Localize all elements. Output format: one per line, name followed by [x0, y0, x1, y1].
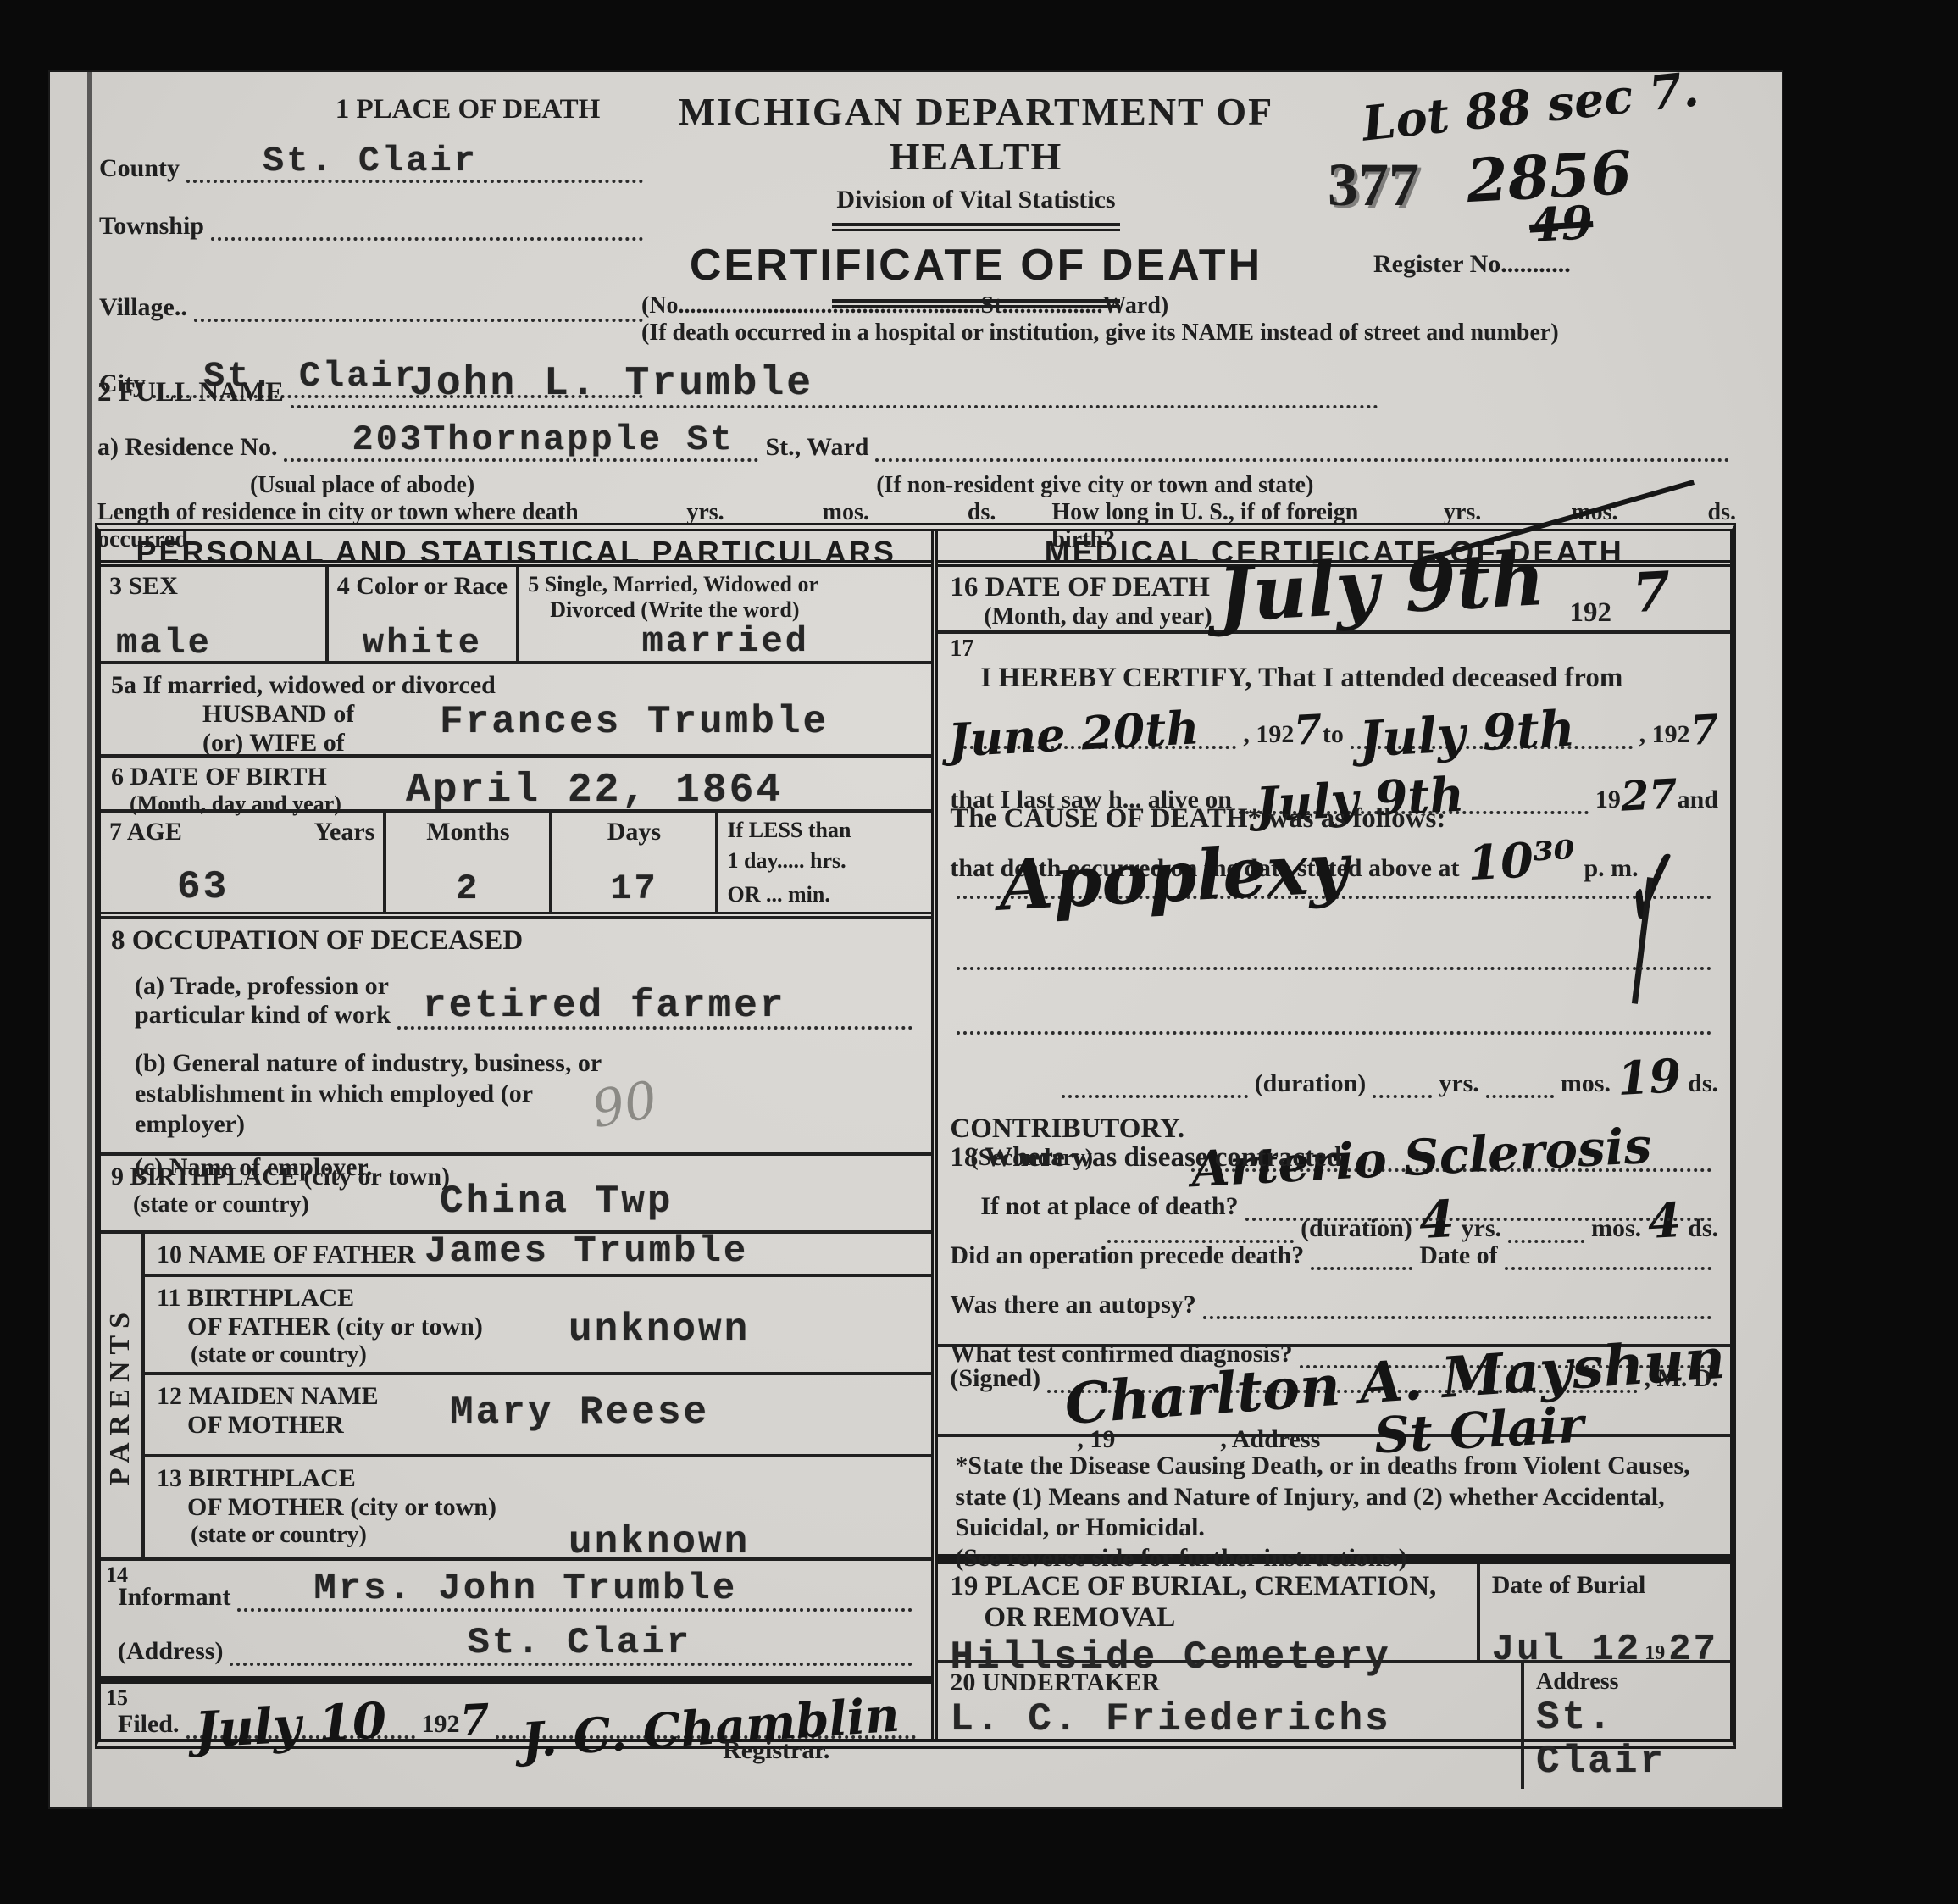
cause-line-2 [957, 953, 1711, 970]
filed-date-line: July 10 [186, 1722, 415, 1739]
informant-value: Mrs. John Trumble [313, 1568, 737, 1610]
from-year-printed: , 192 [1243, 720, 1294, 749]
filed-label: Filed. [118, 1710, 180, 1739]
burial-date-label: Date of Burial [1492, 1571, 1718, 1600]
undertaker-address-label: Address [1536, 1668, 1718, 1696]
burial-place-cell: 19 PLACE OF BURIAL, CREMATION, OR REMOVA… [938, 1564, 1479, 1660]
q18b2-label: Date of [1419, 1241, 1497, 1270]
mother-bp-sub2: (state or country) [191, 1522, 919, 1549]
dur1-mos: mos. [1561, 1069, 1611, 1098]
attended-from-handwriting: June 20th [947, 707, 1201, 761]
county-line: St. Clair [186, 166, 643, 183]
nonresident-note: (If non-resident give city or town and s… [876, 472, 1313, 498]
filed-year-printed: 192 [422, 1710, 460, 1739]
dur1-lead [1486, 1081, 1554, 1098]
residence-label: a) Residence No. [97, 433, 277, 462]
to-year-handwriting: 7 [1689, 712, 1719, 750]
left-column-title: PERSONAL AND STATISTICAL PARTICULARS [101, 531, 931, 567]
lot-note-handwriting: Lot 88 sec 7. [1360, 68, 1700, 146]
divider-rule [832, 223, 1120, 231]
q18b2-line [1505, 1253, 1711, 1270]
no-st-ward-label: (No.....................................… [641, 292, 1736, 319]
hospital-note: (If death occurred in a hospital or inst… [641, 319, 1736, 347]
village-line [194, 305, 643, 322]
burial-row: 19 PLACE OF BURIAL, CREMATION, OR REMOVA… [938, 1564, 1730, 1663]
sex-cell: 3 SEX male [101, 567, 325, 661]
residence-notes: (Usual place of abode) (If non-resident … [97, 472, 1736, 499]
age-days-value: 17 [561, 869, 707, 909]
attended-to-line: July 9th [1351, 732, 1633, 749]
race-value: white [337, 623, 508, 663]
duration1-label: (duration) [1255, 1069, 1367, 1098]
father-name-row: 10 NAME OF FATHER James Trumble [145, 1234, 931, 1274]
address-label: , Address [1220, 1425, 1320, 1453]
burial-label-2: OR REMOVAL [984, 1602, 1464, 1634]
father-bp-value: unknown [569, 1307, 750, 1352]
filed-year-handwriting: 7 [458, 1700, 490, 1740]
undertaker-value: L. C. Friederichs [950, 1697, 1509, 1741]
father-bp-sub1: OF FATHER (city or town) [187, 1313, 919, 1341]
certificate-title: CERTIFICATE OF DEATH [641, 240, 1311, 291]
less-line1: 1 day..... hrs. [727, 848, 923, 874]
burial-label-1: 19 PLACE OF BURIAL, CREMATION, [950, 1571, 1464, 1602]
certificate-paper: 1 PLACE OF DEATH County St. Clair Townsh… [48, 70, 1783, 1809]
father-label: 10 NAME OF FATHER [157, 1241, 415, 1268]
dod-value-handwriting: July 9th [1217, 545, 1547, 629]
signed-label: (Signed) [950, 1364, 1040, 1393]
st-ward-line [875, 445, 1729, 462]
mother-value: Mary Reese [450, 1391, 709, 1435]
township-line [211, 224, 643, 241]
register-no-label: Register No........... [1373, 250, 1734, 279]
parents-label: PARENTS [104, 1306, 136, 1485]
signature-block: (Signed) Charlton A. Mayshun , M. D. , 1… [938, 1344, 1730, 1437]
dur1-yrs: yrs. [1439, 1069, 1479, 1098]
sex-label: 3 SEX [109, 572, 317, 601]
date-of-birth-row: 6 DATE OF BIRTH (Month, day and year) Ap… [101, 758, 931, 813]
informant-label: Informant [118, 1583, 230, 1612]
occ-b-label: (b) General nature of industry, business… [135, 1048, 609, 1140]
parents-strip: PARENTS [101, 1234, 145, 1557]
informant-line: Mrs. John Trumble [237, 1595, 912, 1612]
mother-bp-sub1: OF MOTHER (city or town) [187, 1493, 919, 1522]
age-days-cell: Days 17 [549, 813, 715, 912]
q18-label: 18 Where was disease contracted [950, 1142, 1718, 1174]
place-of-death-block: 1 PLACE OF DEATH County St. Clair Townsh… [99, 94, 650, 398]
q18c-line [1203, 1302, 1711, 1319]
cause-line-1: Apoplexy [957, 882, 1711, 899]
crossed-out-number: 49 [1528, 202, 1595, 246]
q18a-line [1245, 1204, 1711, 1221]
county-row: County St. Clair [99, 154, 650, 183]
full-name-line: John L. Trumble [291, 391, 1378, 408]
signature-line: Charlton A. Mayshun [1047, 1376, 1637, 1393]
burial-date-cell: Date of Burial Jul 12 19 27 [1480, 1564, 1730, 1660]
informant-address-label: (Address) [118, 1637, 223, 1666]
physician-address-handwriting: St Clair [1373, 1403, 1585, 1458]
registrar-label: Registrar. [723, 1736, 829, 1765]
undertaker-cell: 20 UNDERTAKER L. C. Friederichs [938, 1663, 1524, 1789]
personal-particulars-column: PERSONAL AND STATISTICAL PARTICULARS 3 S… [101, 531, 938, 1739]
attended-from-line: June 20th [957, 732, 1236, 749]
occupation-row: 8 OCCUPATION OF DECEASED (a) Trade, prof… [101, 919, 931, 1156]
disease-contracted-block: 18 Where was disease contracted If not a… [938, 1142, 1730, 1344]
years-label: Years [314, 818, 375, 847]
filed-date-handwriting: July 10 [193, 1698, 387, 1752]
contributory-label: CONTRIBUTORY. [950, 1113, 1184, 1145]
spouse-row-label: 5a If married, widowed or divorced [111, 671, 931, 700]
father-value: James Trumble [424, 1230, 748, 1273]
dur1-lead [1062, 1081, 1248, 1098]
age-years-cell: 7 AGE Years 63 [101, 813, 383, 912]
header-right: Lot 88 sec 7. 377 2856 49 Register No...… [1328, 86, 1734, 279]
undertaker-row: 20 UNDERTAKER L. C. Friederichs Address … [938, 1663, 1730, 1789]
date-of-death-row: 16 DATE OF DEATH (Month, day and year) J… [938, 567, 1730, 634]
less-than-day-cell: If LESS than 1 day..... hrs. OR ... min. [715, 813, 931, 912]
occ-a-value: retired farmer [423, 984, 785, 1028]
dod-year-printed: 192 [1570, 597, 1612, 629]
to-year-printed: , 192 [1639, 720, 1690, 749]
full-name-label: 2 FULL NAME [97, 377, 284, 408]
less-label: If LESS than [727, 818, 923, 843]
burial-date-19: 19 [1645, 1642, 1665, 1664]
filed-row: 15 Filed. July 10 192 7 J. C. Chamblin R… [101, 1684, 931, 1739]
marital-value: married [528, 621, 923, 662]
informant-address-value: St. Clair [467, 1622, 691, 1664]
footnote-text: *State the Disease Causing Death, or in … [955, 1451, 1713, 1544]
age-row: 7 AGE Years 63 Months 2 Days 17 If LESS … [101, 813, 931, 919]
race-label: 4 Color or Race [337, 572, 508, 601]
township-label: Township [99, 212, 204, 241]
check-mark: ✓ [1623, 808, 1683, 973]
street-number-line: (No.....................................… [641, 292, 1736, 347]
q18a-label: If not at place of death? [980, 1192, 1238, 1221]
section17-number: 17 [950, 636, 1718, 663]
dur1-lead [1373, 1081, 1432, 1098]
medical-certificate-column: MEDICAL CERTIFICATE OF DEATH 16 DATE OF … [938, 531, 1730, 1739]
certify-block: 17 I HEREBY CERTIFY, That I attended dec… [938, 634, 1730, 803]
less-line2: OR ... min. [727, 882, 923, 908]
stamp-number: 377 [1328, 150, 1419, 220]
sex-race-marital-row: 3 SEX male 4 Color or Race white 5 Singl… [101, 567, 931, 664]
race-cell: 4 Color or Race white [325, 567, 516, 661]
spouse-value: Frances Trumble [440, 700, 829, 744]
village-row: Village.. [99, 293, 650, 322]
q18b-label: Did an operation precede death? [950, 1241, 1304, 1270]
footnote-block: *State the Disease Causing Death, or in … [938, 1437, 1730, 1564]
division-subtitle: Division of Vital Statistics [641, 186, 1311, 214]
age-label: 7 AGE [109, 818, 182, 846]
mother-bp-value: unknown [569, 1520, 750, 1564]
dod-year-handwriting: 7 [1632, 568, 1672, 619]
informant-number: 14 [106, 1563, 128, 1588]
pencil-scribble: 90 [588, 1070, 662, 1140]
mother-bp-label: 13 BIRTHPLACE [157, 1464, 919, 1493]
informant-row: 14 Informant Mrs. John Trumble (Address)… [101, 1561, 931, 1684]
county-label: County [99, 154, 180, 183]
occ-a-label-1: (a) Trade, profession or [135, 972, 391, 1001]
sex-value: male [116, 623, 317, 663]
village-label: Village.. [99, 293, 187, 322]
department-title: MICHIGAN DEPARTMENT OF HEALTH [641, 89, 1311, 179]
occ-a-line: retired farmer [397, 1013, 912, 1030]
undertaker-label: 20 UNDERTAKER [950, 1668, 1509, 1697]
county-value: St. Clair [263, 141, 478, 181]
registrar-sign-line: J. C. Chamblin [496, 1722, 916, 1739]
dur1-ds: ds. [1688, 1069, 1718, 1098]
registrar-signature: J. C. Chamblin [520, 1693, 901, 1762]
form-body: PERSONAL AND STATISTICAL PARTICULARS 3 S… [95, 523, 1736, 1749]
number-stamps: 377 2856 49 [1328, 150, 1734, 245]
age-months-cell: Months 2 [383, 813, 549, 912]
full-name-value: John L. Trumble [409, 361, 813, 407]
dur1-days-handwriting: 19 [1617, 1055, 1683, 1099]
residence-line: 203Thornapple St [284, 445, 758, 462]
undertaker-address-value: St. Clair [1536, 1696, 1718, 1784]
age-months-value: 2 [395, 869, 541, 909]
occ-a-label-2: particular kind of work [135, 1001, 391, 1030]
attended-to-handwriting: July 9th [1358, 706, 1576, 761]
parents-group: PARENTS 10 NAME OF FATHER James Trumble … [101, 1234, 931, 1561]
age-years-value: 63 [177, 865, 374, 909]
certify-label: I HEREBY CERTIFY, That I attended deceas… [980, 663, 1718, 694]
scanned-death-certificate: 1 PLACE OF DEATH County St. Clair Townsh… [0, 0, 1958, 1904]
filed-number: 15 [106, 1685, 128, 1711]
father-bp-sub2: (state or country) [191, 1341, 919, 1368]
to-label: to [1323, 720, 1344, 749]
section1-heading: 1 PLACE OF DEATH [269, 94, 667, 125]
st-ward-label: St., Ward [765, 433, 868, 462]
father-bp-label: 11 BIRTHPLACE [157, 1284, 919, 1313]
from-year-handwriting: 7 [1293, 712, 1323, 750]
months-label: Months [395, 818, 541, 847]
marital-cell: 5 Single, Married, Widowed or Divorced (… [516, 567, 931, 661]
birthplace-value: China Twp [440, 1180, 673, 1224]
mother-birthplace-row: 13 BIRTHPLACE OF MOTHER (city or town) (… [145, 1454, 931, 1557]
cause-of-death-block: The CAUSE OF DEATH* was as follows: Apop… [938, 803, 1730, 1142]
residence-row: a) Residence No. 203Thornapple St St., W… [97, 433, 1736, 462]
days-label: Days [561, 818, 707, 847]
marital-label-2: Divorced (Write the word) [550, 597, 923, 623]
dob-value: April 22, 1864 [406, 768, 783, 813]
marital-label: 5 Single, Married, Widowed or [528, 572, 923, 597]
residence-value: 203Thornapple St [352, 419, 734, 460]
cause-value-handwriting: Apoplexy [998, 837, 1351, 918]
father-birthplace-row: 11 BIRTHPLACE OF FATHER (city or town) (… [145, 1274, 931, 1372]
full-name-row: 2 FULL NAME John L. Trumble [97, 377, 1385, 408]
spouse-row: 5a If married, widowed or divorced HUSBA… [101, 664, 931, 758]
undertaker-address-cell: Address St. Clair [1524, 1663, 1730, 1789]
cause-line-3 [957, 1018, 1711, 1035]
informant-address-line: St. Clair [230, 1649, 912, 1666]
q18c-label: Was there an autopsy? [950, 1291, 1195, 1319]
township-row: Township [99, 212, 650, 241]
mother-name-row: 12 MAIDEN NAME OF MOTHER Mary Reese [145, 1372, 931, 1454]
abode-note: (Usual place of abode) [250, 472, 474, 498]
header-center: MICHIGAN DEPARTMENT OF HEALTH Division o… [641, 89, 1311, 316]
occupation-label: 8 OCCUPATION OF DECEASED [111, 925, 931, 957]
birthplace-row: 9 BIRTHPLACE (city or town) (state or co… [101, 1156, 931, 1234]
q18b-line [1311, 1253, 1412, 1270]
